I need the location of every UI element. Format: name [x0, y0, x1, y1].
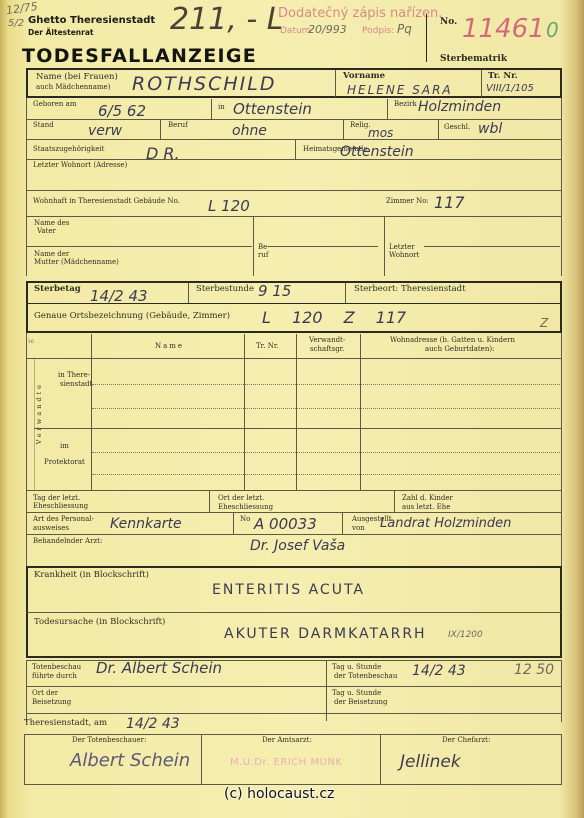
sex-value: wbl — [478, 121, 502, 137]
burial-date-label-sub: der Beisetzung — [334, 699, 387, 707]
inspector-signature-label: Der Totenbeschauer: — [72, 737, 146, 745]
relatives-row — [92, 474, 560, 475]
children-count-label-sub: aus letzt. Ehe — [402, 504, 450, 512]
col-header-trnr: Tr. Nr. — [256, 343, 279, 351]
row-line — [27, 190, 561, 191]
frame-right — [561, 98, 562, 276]
relatives-protektorat-label-sub: Protektorat — [44, 459, 85, 467]
id-type-value: Kennkarte — [110, 516, 182, 532]
row-line — [27, 490, 561, 491]
divider — [160, 120, 161, 139]
name-label: Name (bei Frauen) — [36, 73, 118, 82]
row-line — [268, 246, 378, 247]
place-date-value: 14/2 43 — [126, 716, 180, 732]
citizenship-value: D R. — [146, 144, 180, 163]
green-mark: 0 — [546, 18, 559, 42]
relatives-row — [92, 384, 560, 385]
divider — [387, 99, 388, 119]
death-certificate-page: 12/75 5/2 Ghetto Theresienstadt Der Älte… — [0, 0, 584, 818]
id-type-label: Art des Personal- — [33, 516, 94, 524]
handwritten-reference: 211, - L — [170, 2, 283, 37]
row-line — [27, 159, 561, 160]
place-date-label: Theresienstadt, am — [24, 719, 107, 728]
burial-place-label: Ort der — [32, 690, 58, 698]
copyright-watermark: (c) holocaust.cz — [224, 786, 334, 802]
col-header-address-sub: auch Geburtdaten): — [425, 346, 494, 354]
number-label: No. — [440, 18, 457, 27]
divider — [253, 217, 254, 276]
inspection-date-label: Tag u. Stunde — [332, 664, 381, 672]
org-council: Der Ältestenrat — [28, 28, 94, 37]
exact-location-value: L 120 Z 117 — [262, 308, 406, 327]
burial-place-label-sub: Beisetzung — [32, 699, 71, 707]
divider — [326, 661, 327, 721]
name-label-sub: auch Mädchenname) — [36, 84, 110, 92]
col-header-relation-sub: schaftsgr. — [310, 346, 344, 354]
exact-location-label: Genaue Ortsbezeichnung (Gebäude, Zimmer) — [34, 312, 230, 321]
marriage-place-label: Ort der letzt. — [218, 495, 264, 503]
divider — [380, 735, 381, 785]
relatives-theresienstadt-label-sub: sienstadt — [60, 381, 92, 389]
illness-label: Krankheit (in Blockschrift) — [34, 571, 149, 580]
cause-pencil-note: IX/1200 — [448, 630, 483, 640]
cause-of-death-value: AKUTER DARMKATARRH — [224, 626, 427, 642]
born-value: 6/5 62 — [98, 102, 146, 120]
hour-of-death-label: Sterbestunde — [196, 285, 254, 294]
first-name-value: HELENE SARA — [347, 83, 453, 97]
id-type-label-sub: ausweises — [33, 525, 69, 533]
section-number: 16 — [28, 340, 34, 345]
last-address-label: Letzter Wohnort (Adresse) — [33, 162, 127, 170]
document-title: TODESFALLANZEIGE — [22, 45, 257, 67]
district-label: Bezirk — [394, 101, 417, 109]
divider — [394, 491, 395, 512]
divider — [233, 513, 234, 534]
frame-left — [26, 98, 27, 276]
marital-status-label: Stand — [33, 122, 54, 130]
relatives-vertical-label: Verwandte — [36, 382, 43, 444]
occupation-label: Beruf — [168, 122, 188, 130]
religion-value: mos — [368, 126, 393, 140]
illness-value: ENTERITIS ACUTA — [212, 582, 365, 598]
row-line — [27, 119, 561, 120]
chief-doctor-signature: Jellinek — [400, 752, 461, 772]
transport-number-value: VIII/1/105 — [486, 83, 534, 94]
residence-building-label: Wohnhaft in Theresienstadt Gebäude No. — [33, 198, 180, 206]
row-line — [27, 612, 561, 613]
parent-last-residence-label-sub: Wohnort — [389, 252, 419, 260]
row-line — [27, 246, 252, 247]
row-line — [27, 512, 561, 513]
burial-date-label: Tag u. Stunde — [332, 690, 381, 698]
register-number: 11461 — [462, 14, 545, 44]
relatives-theresienstadt-label: in There- — [58, 372, 90, 380]
inner-divider — [34, 358, 35, 490]
row-line — [27, 686, 561, 687]
birthplace-label: in — [218, 104, 225, 112]
divider — [384, 217, 385, 276]
place-of-death: Sterbeort: Theresienstadt — [354, 285, 466, 294]
row-line — [27, 303, 561, 304]
issued-by-label-sub: von — [352, 525, 365, 533]
header-divider — [426, 14, 427, 62]
id-number-value: A 00033 — [254, 515, 317, 533]
room-label: Zimmer No: — [386, 198, 429, 206]
first-name-label: Vorname — [343, 72, 385, 81]
row-line — [34, 428, 561, 429]
frame-left — [26, 333, 27, 601]
divider — [345, 283, 346, 303]
inspector-signature: Albert Schein — [70, 750, 190, 771]
divider — [201, 735, 202, 785]
inspection-date-value: 14/2 43 — [412, 663, 466, 679]
date-of-death-label: Sterbetag — [34, 285, 81, 294]
inspection-date-label-sub: der Totenbeschau — [334, 673, 397, 681]
org-name: Ghetto Theresienstadt — [28, 15, 155, 26]
born-label: Geboren am — [33, 101, 76, 109]
sex-label: Geschl. — [444, 124, 470, 132]
inspection-time-value: 12 50 — [514, 662, 554, 678]
mother-label-sub: Mutter (Mädchenname) — [34, 259, 119, 267]
home-municipality-value: Ottenstein — [340, 144, 414, 160]
parent-occupation-label-sub: ruf — [258, 252, 268, 260]
citizenship-label: Staatszugehörigkeit — [33, 146, 104, 154]
divider — [209, 491, 210, 512]
cause-of-death-label: Todesursache (in Blockschrift) — [34, 618, 165, 627]
attending-doctor-label: Behandelnder Arzt: — [33, 538, 102, 546]
divider — [481, 70, 482, 97]
district-value: Holzminden — [418, 99, 501, 115]
occupation-value: ohne — [232, 123, 267, 139]
divider — [438, 120, 439, 139]
col-header-address: Wohnadresse (b. Gatten u. Kindern — [390, 337, 515, 345]
father-label-sub: Vater — [37, 228, 56, 236]
attending-doctor-value: Dr. Josef Vaša — [250, 538, 345, 554]
sterbematrik-label: Sterbematrik — [440, 55, 507, 64]
divider — [188, 283, 189, 303]
chief-doctor-label: Der Chefarzt: — [442, 737, 490, 745]
col-header-name: Name — [155, 343, 184, 351]
marriage-date-label-sub: Eheschliessung — [33, 503, 88, 511]
inspection-by-label: Totenbeschau — [32, 664, 81, 672]
row-line — [27, 139, 561, 140]
official-doctor-stamp: M.U.Dr. ERICH MUNK — [230, 757, 342, 768]
official-doctor-label: Der Amtsarzt: — [262, 737, 312, 745]
marriage-place-label-sub: Eheschliessung — [218, 504, 273, 512]
frame-right — [561, 333, 562, 601]
row-line — [27, 216, 561, 217]
stamp-additional-entry: Dodatečný zápis nařízen. — [278, 6, 442, 21]
marital-status-value: verw — [88, 123, 122, 139]
transport-number-label: Tr. Nr. — [488, 72, 518, 81]
divider — [343, 120, 344, 139]
room-value: 117 — [434, 193, 465, 212]
divider — [335, 70, 336, 97]
children-count-label: Zahl d. Kinder — [402, 495, 453, 503]
inspection-by-label-sub: führte durch — [32, 673, 77, 681]
row-line — [424, 246, 560, 247]
birthplace-value: Ottenstein — [233, 100, 312, 118]
residence-building-value: L 120 — [208, 197, 250, 215]
row-line — [27, 358, 561, 359]
margin-note-second: 5/2 — [8, 18, 24, 29]
relatives-row — [92, 452, 560, 453]
divider — [342, 513, 343, 534]
relatives-row — [92, 408, 560, 409]
stamp-signature-label: Podpis: — [362, 26, 394, 36]
relatives-protektorat-label: im — [60, 443, 69, 451]
issued-by-value: Landrat Holzminden — [380, 516, 511, 531]
col-header-relation: Verwandt- — [309, 337, 345, 345]
surname-value: ROTHSCHILD — [132, 73, 276, 95]
stamp-date-value: 20/993 — [308, 23, 347, 36]
hour-of-death-value: 9 15 — [258, 282, 291, 300]
inspection-by-value: Dr. Albert Schein — [96, 659, 222, 677]
row-line — [26, 713, 562, 714]
stamp-signature-value: Pq — [397, 22, 412, 36]
divider — [295, 140, 296, 159]
death-side-mark: Z — [540, 316, 548, 330]
divider — [211, 99, 212, 119]
row-line — [27, 534, 561, 535]
id-number-label: No — [240, 516, 250, 524]
